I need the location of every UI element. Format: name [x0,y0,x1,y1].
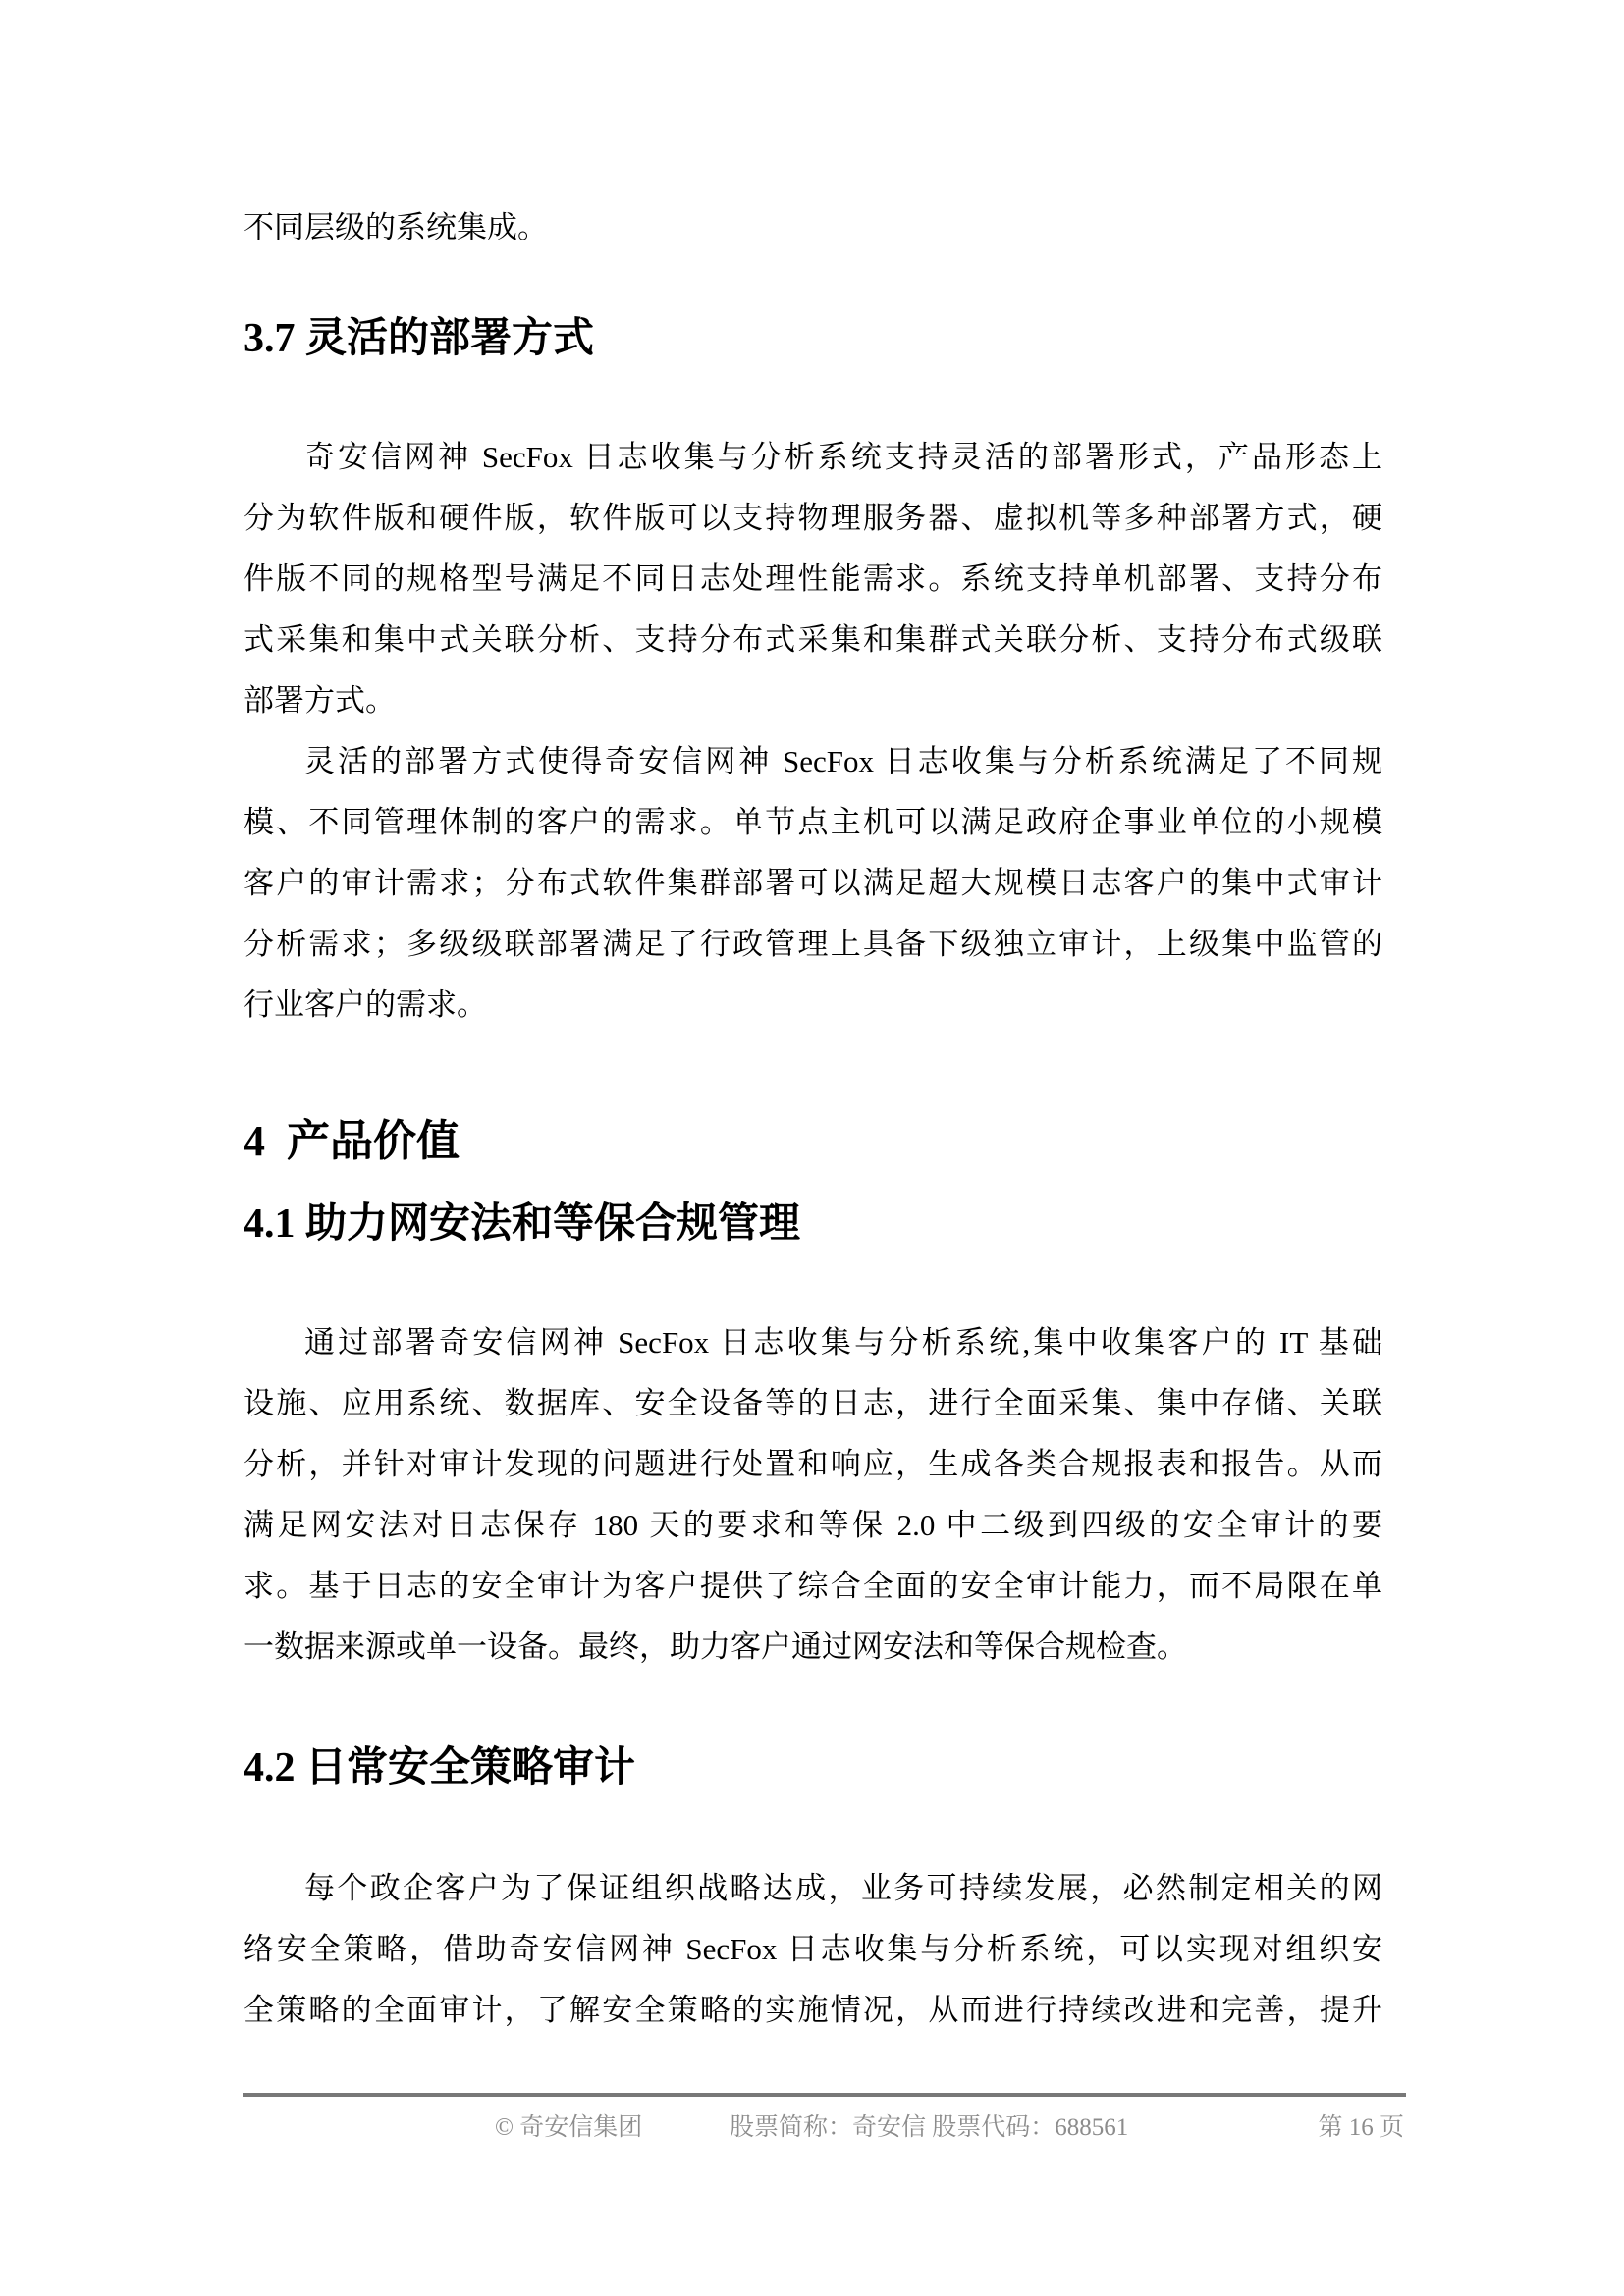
paragraph-policy-audit: 每个政企客户为了保证组织战略达成，业务可持续发展，必然制定相关的网 络安全策略，… [244,1858,1382,2041]
text-line: 模、不同管理体制的客户的需求。单节点主机可以满足政府企事业单位的小规模 [244,792,1382,853]
paragraph-deployment-forms: 奇安信网神 SecFox 日志收集与分析系统支持灵活的部署形式，产品形态上 分为… [244,427,1382,731]
text-line: 每个政企客户为了保证组织战略达成，业务可持续发展，必然制定相关的网 [244,1858,1382,1919]
text-line: 部署方式。 [244,670,1382,731]
continuation-paragraph: 不同层级的系统集成。 [244,197,1382,258]
text-line: 客户的审计需求；分布式软件集群部署可以满足超大规模日志客户的集中式审计 [244,853,1382,914]
text-line: 不同层级的系统集成。 [244,197,1382,258]
text-line: 全策略的全面审计，了解安全策略的实施情况，从而进行持续改进和完善，提升 [244,1980,1382,2041]
text-line: 分为软件版和硬件版，软件版可以支持物理服务器、虚拟机等多种部署方式，硬 [244,488,1382,549]
footer-divider [243,2093,1406,2097]
page-footer: © 奇安信集团 股票简称：奇安信 股票代码：688561 第 16 页 [243,2107,1406,2150]
text-line: 络安全策略，借助奇安信网神 SecFox 日志收集与分析系统，可以实现对组织安 [244,1919,1382,1980]
text-line: 灵活的部署方式使得奇安信网神 SecFox 日志收集与分析系统满足了不同规 [244,731,1382,792]
paragraph-deployment-benefits: 灵活的部署方式使得奇安信网神 SecFox 日志收集与分析系统满足了不同规 模、… [244,731,1382,1036]
footer-copyright: © 奇安信集团 [495,2107,642,2150]
paragraph-compliance: 通过部署奇安信网神 SecFox 日志收集与分析系统,集中收集客户的 IT 基础… [244,1312,1382,1678]
document-page: 不同层级的系统集成。 3.7 灵活的部署方式 奇安信网神 SecFox 日志收集… [244,0,1382,2041]
text-line: 求。基于日志的安全审计为客户提供了综合全面的安全审计能力，而不局限在单 [244,1556,1382,1617]
text-line: 分析需求；多级级联部署满足了行政管理上具备下级独立审计，上级集中监管的 [244,914,1382,975]
heading-4-1-compliance-management: 4.1 助力网安法和等保合规管理 [244,1194,1382,1255]
footer-stock-info: 股票简称：奇安信 股票代码：688561 [730,2107,1128,2150]
text-line: 行业客户的需求。 [244,975,1382,1036]
text-line: 通过部署奇安信网神 SecFox 日志收集与分析系统,集中收集客户的 IT 基础 [244,1312,1382,1373]
text-line: 奇安信网神 SecFox 日志收集与分析系统支持灵活的部署形式，产品形态上 [244,427,1382,488]
heading-3-7-deployment-modes: 3.7 灵活的部署方式 [244,308,1382,369]
text-line: 件版不同的规格型号满足不同日志处理性能需求。系统支持单机部署、支持分布 [244,549,1382,610]
heading-4-2-security-policy-audit: 4.2 日常安全策略审计 [244,1737,1382,1798]
heading-4-product-value: 4 产品价值 [244,1111,1382,1172]
text-line: 式采集和集中式关联分析、支持分布式采集和集群式关联分析、支持分布式级联 [244,610,1382,670]
text-line: 分析，并针对审计发现的问题进行处置和响应，生成各类合规报表和报告。从而 [244,1434,1382,1495]
footer-page-number: 第 16 页 [1318,2107,1404,2150]
text-line: 满足网安法对日志保存 180 天的要求和等保 2.0 中二级到四级的安全审计的要 [244,1495,1382,1556]
text-line: 一数据来源或单一设备。最终，助力客户通过网安法和等保合规检查。 [244,1617,1382,1678]
text-line: 设施、应用系统、数据库、安全设备等的日志，进行全面采集、集中存储、关联 [244,1373,1382,1434]
